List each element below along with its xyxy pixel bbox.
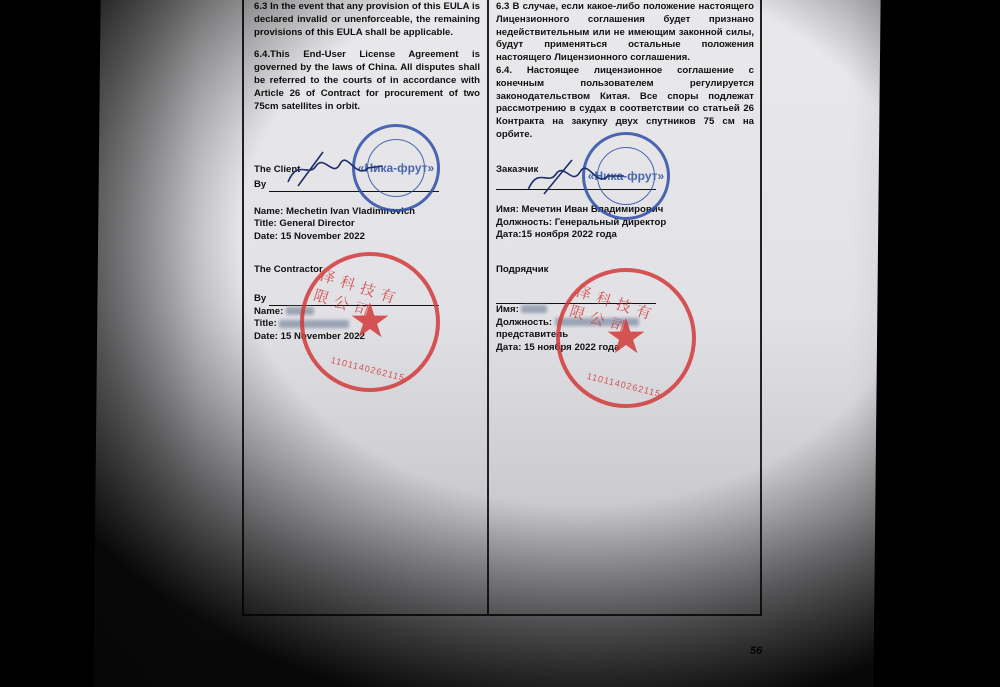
contractor-stamp-number: 1101140262115 <box>586 371 662 399</box>
star-icon: ★ <box>604 314 647 362</box>
client-name-en: Name: Mechetin Ivan Vladimirovich <box>254 206 480 219</box>
english-column: 6.3 In the event that any provision of t… <box>254 0 480 123</box>
client-signature-ru <box>520 156 630 196</box>
redacted-name <box>521 305 547 313</box>
star-icon: ★ <box>348 298 391 346</box>
clause-6-3-ru: 6.3 В случае, если какое-либо положение … <box>496 1 754 65</box>
title-label: Должность: <box>496 317 552 328</box>
contractor-stamp-number: 1101140262115 <box>330 355 406 383</box>
page-number: 56 <box>750 645 762 657</box>
clause-6-3-en: 6.3 In the event that any provision of t… <box>254 1 480 39</box>
contractor-stamp-ru: 泽科技有限公司 ★ 1101140262115 <box>556 268 696 408</box>
contractor-stamp-en: 泽科技有限公司 ★ 1101140262115 <box>300 252 440 392</box>
clause-6-4-en: 6.4.This End-User License Agreement is g… <box>254 49 480 113</box>
by-label: By <box>254 293 266 306</box>
russian-column: 6.3 В случае, если какое-либо положение … <box>496 0 754 142</box>
by-label: By <box>254 179 266 192</box>
client-date-en: Date: 15 November 2022 <box>254 231 480 244</box>
name-label: Имя: <box>496 304 519 315</box>
client-title-en: Title: General Director <box>254 218 480 231</box>
client-date-ru: Дата:15 ноября 2022 года <box>496 229 754 242</box>
column-divider <box>487 0 489 614</box>
title-label: Title: <box>254 318 277 329</box>
clause-6-4-ru: 6.4. Настоящее лицензионное соглашение с… <box>496 65 754 142</box>
client-signature-en <box>278 148 388 188</box>
name-label: Name: <box>254 306 283 317</box>
